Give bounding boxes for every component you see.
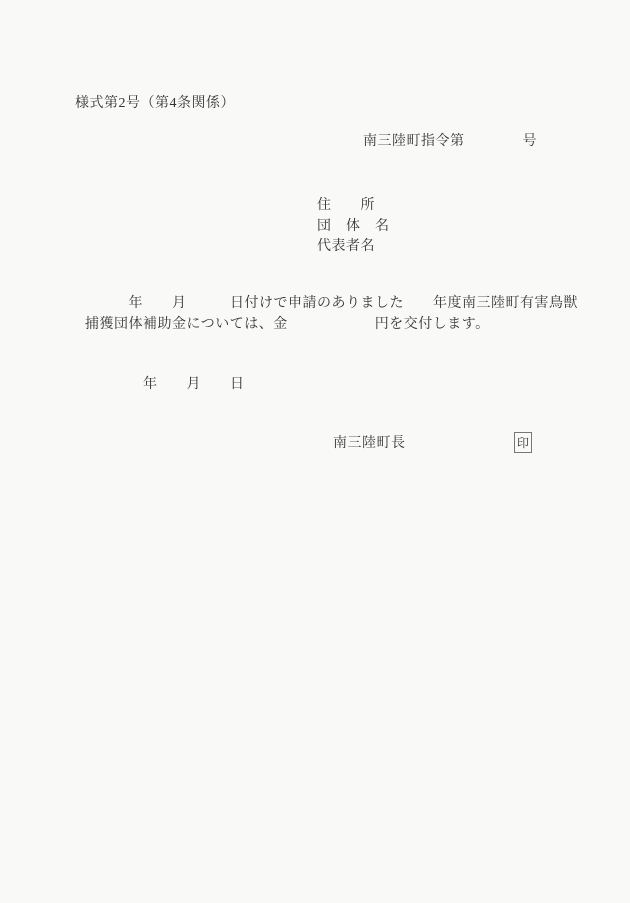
directive-number-line: 南三陸町指令第 号 [363,135,537,149]
document-page: 様式第2号（第4条関係） 南三陸町指令第 号 住 所 団 体 名 代表者名 年 … [0,0,630,903]
address-label: 住 所 [317,199,375,213]
seal-box: 印 [514,432,532,453]
form-number-label: 様式第2号（第4条関係） [75,97,235,111]
body-text-line-1: 年 月 日付けで申請のありました 年度南三陸町有害鳥獣 [85,297,578,311]
seal-mark: 印 [517,437,529,449]
mayor-signature-label: 南三陸町長 [333,437,406,451]
body-text-line-2: 捕獲団体補助金については、金 円を交付します。 [85,318,490,332]
organization-name-label: 団 体 名 [317,220,390,234]
representative-name-label: 代表者名 [317,240,375,254]
issue-date-line: 年 月 日 [143,378,245,392]
